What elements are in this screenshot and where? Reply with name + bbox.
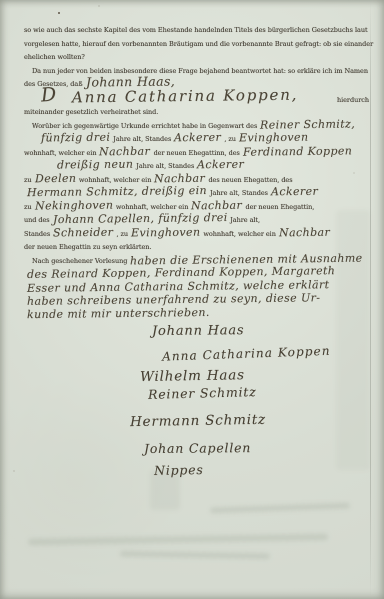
document-line: zuDeelenwohnhaft, welcher einNachbardes … bbox=[24, 170, 369, 184]
document-line: des Gesetzes, daßJohann Haas, bbox=[24, 74, 369, 88]
handwritten-text: kunde mit mir unterschrieben. bbox=[27, 305, 210, 321]
signature: Hermann Schmitz bbox=[130, 410, 369, 430]
handwritten-text: D bbox=[41, 88, 58, 103]
document-line: wohnhaft, welcher einNachbarder neuen Eh… bbox=[24, 143, 369, 157]
signature: Johan Capellen bbox=[144, 439, 369, 456]
document-line: und desJohann Capellen, fünfzig dreiJahr… bbox=[24, 210, 369, 224]
document-line: Hermann Schmitz, dreißig einJahre alt, S… bbox=[24, 183, 369, 197]
document-body: so wie auch das sechste Kapitel des vom … bbox=[24, 20, 369, 318]
document-line: miteinander gesetzlich verheirathet sind… bbox=[24, 102, 369, 116]
ink-bleedthrough bbox=[210, 503, 350, 514]
document-line: vorgelesen hatte, hierauf den vorbenannt… bbox=[24, 34, 369, 48]
document-line: des Reinard Koppen, Ferdinand Koppen, Ma… bbox=[24, 264, 369, 278]
signature: Johann Haas bbox=[152, 322, 369, 339]
document-line: Worüber ich gegenwärtige Urkunde erricht… bbox=[32, 116, 369, 130]
document-line: dreißig neunJahre alt, StandesAckerer bbox=[54, 156, 369, 170]
document-line: haben schreibens unerfahrend zu seyn, di… bbox=[24, 291, 369, 305]
document-content: so wie auch das sechste Kapitel des vom … bbox=[24, 20, 369, 476]
document-line: Esser und Anna Catharina Schmitz, welche… bbox=[24, 278, 369, 292]
document-page: so wie auch das sechste Kapitel des vom … bbox=[0, 0, 384, 599]
page-crease bbox=[370, 0, 371, 599]
document-line: zuNekinghovenwohnhaft, welcher einNachba… bbox=[24, 197, 369, 211]
signature: Nippes bbox=[154, 459, 369, 478]
signature: Anna Catharina Koppen bbox=[162, 342, 369, 363]
document-line: so wie auch das sechste Kapitel des vom … bbox=[24, 20, 369, 34]
document-line: Da nun jeder von beiden insbesondere die… bbox=[32, 61, 369, 75]
document-line: Nach geschehener Vorlesunghaben die Ersc… bbox=[32, 251, 369, 265]
document-line: kunde mit mir unterschrieben. bbox=[24, 305, 369, 319]
signature-block: Johann HaasAnna Catharina KoppenWilhelm … bbox=[24, 323, 369, 476]
document-line: der neuen Ehegattin zu seyn erklärten. bbox=[24, 237, 369, 251]
document-line: DAnna Catharina Koppen,hierdurch bbox=[38, 89, 369, 103]
ink-bleedthrough bbox=[120, 551, 270, 560]
document-line: fünfzig dreiJahre alt, StandesAckerer, z… bbox=[38, 129, 369, 143]
paper-specks bbox=[58, 12, 60, 14]
ink-bleedthrough bbox=[28, 533, 328, 545]
document-line: StandesSchneider, zuEvinghovenwohnhaft, … bbox=[24, 224, 369, 238]
document-line: ehelichen wollten? bbox=[24, 47, 369, 61]
